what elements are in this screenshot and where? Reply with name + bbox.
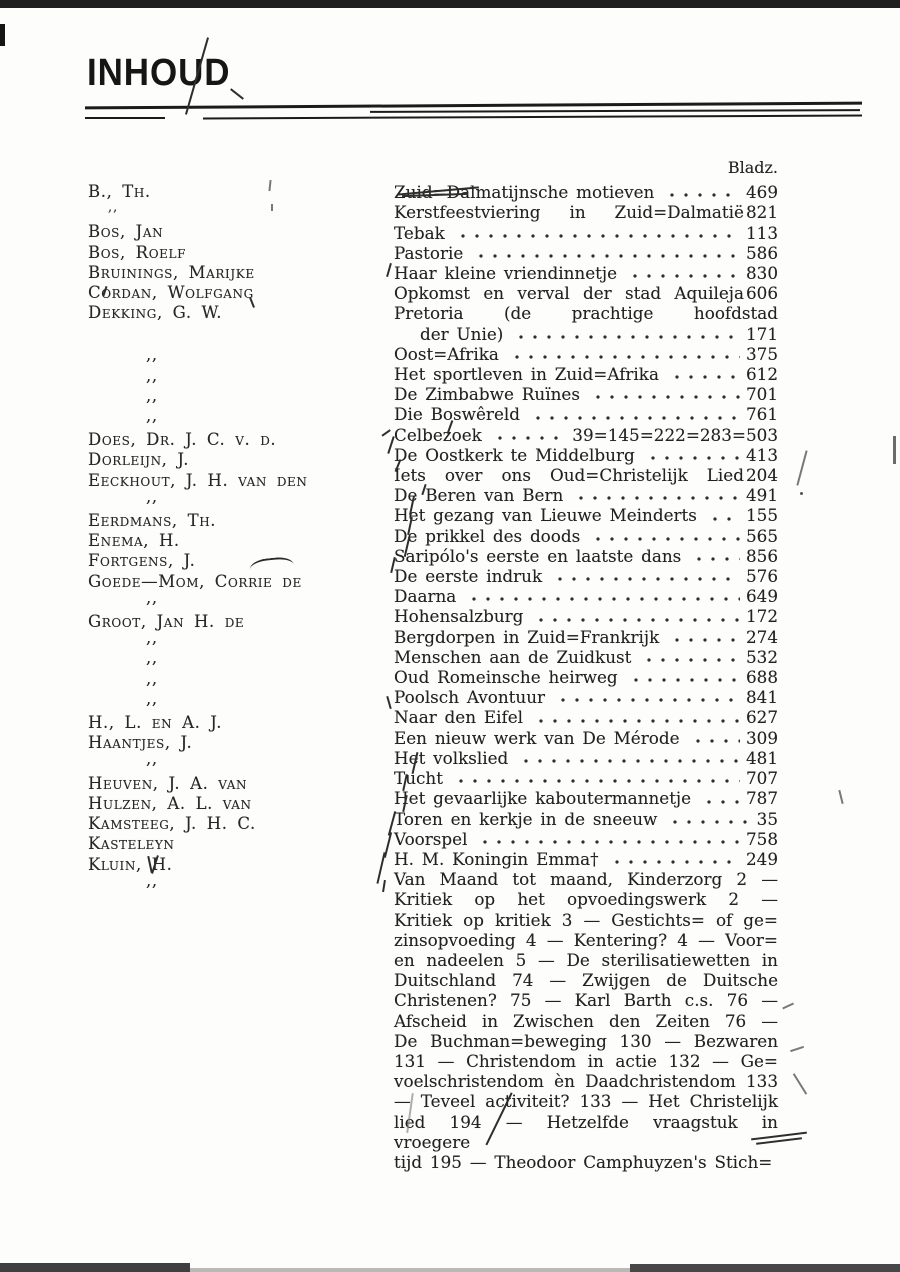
toc-title: Tucht <box>394 768 443 788</box>
toc-row: der Unie)171 <box>394 324 778 344</box>
author-column: B., Th.,,Bos, JanBos, RoelfBruinings, Ma… <box>88 182 388 895</box>
toc-page-number: 627 <box>746 707 778 727</box>
toc-leader-dots <box>532 617 740 623</box>
toc-leader-dots <box>472 253 740 259</box>
toc-title: Oost=Afrika <box>394 344 499 364</box>
toc-leader-dots <box>572 495 740 501</box>
notes-line: Christenen? 75 — Karl Barth c.s. 76 — <box>394 990 778 1010</box>
toc-leader-dots <box>627 677 740 683</box>
notes-line: Van Maand tot maand, Kinderzorg 2 — <box>394 869 778 889</box>
toc-row: Poolsch Avontuur841 <box>394 687 778 707</box>
author-name: H., L. en A. J. <box>88 713 388 733</box>
toc-leader-dots <box>589 394 740 400</box>
scan-edge-left-notch <box>0 24 5 46</box>
toc-row: Oost=Afrika375 <box>394 344 778 364</box>
toc-page-number: 576 <box>746 566 778 586</box>
toc-row: Tucht707 <box>394 768 778 788</box>
toc-title: Menschen aan de Zuidkust <box>394 647 631 667</box>
author-ditto-mark: ,, <box>88 749 388 769</box>
scan-edge-bottom-mid <box>190 1268 630 1272</box>
pen-mark-daad-tick <box>782 1003 794 1009</box>
pen-mark-margin-slash <box>796 450 807 485</box>
toc-row: Hohensalzburg172 <box>394 606 778 626</box>
scan-edge-right-tick <box>893 436 896 464</box>
toc-leader-dots <box>529 415 740 421</box>
toc-title: Daarna <box>394 586 456 606</box>
toc-page-number: 204 <box>746 465 778 485</box>
toc-row: H. M. Koningin Emma†249 <box>394 849 778 869</box>
pen-mark-title-tick <box>230 88 244 99</box>
toc-row: Bergdorpen in Zuid=Frankrijk274 <box>394 627 778 647</box>
author-name: Hulzen, A. L. van <box>88 794 388 814</box>
author-name: Bos, Roelf <box>88 243 388 263</box>
toc-column: Bladz. Zuid=Dalmatijnsche motieven469Ker… <box>394 158 778 1172</box>
author-ditto-mark: ,, <box>88 487 388 507</box>
toc-row: Menschen aan de Zuidkust532 <box>394 647 778 667</box>
toc-page-number: 841 <box>746 687 778 707</box>
toc-page-number: 249 <box>746 849 778 869</box>
toc-page-number: 787 <box>746 788 778 808</box>
toc-leader-dots <box>465 596 740 602</box>
toc-leader-dots <box>554 697 740 703</box>
toc-leader-dots <box>512 334 740 340</box>
toc-title: Iets over ons Oud=Christelijk Lied <box>394 465 744 485</box>
toc-title: Hohensalzburg <box>394 606 523 626</box>
toc-row: Kerstfeestviering in Zuid=Dalmatië821 <box>394 202 778 222</box>
author-ditto-mark: ,, <box>88 386 388 406</box>
scan-edge-top <box>0 0 900 8</box>
pen-mark-margin-paren <box>838 790 843 804</box>
toc-title: Naar den Eifel <box>394 707 523 727</box>
notes-line: Afscheid in Zwischen den Zeiten 76 — <box>394 1011 778 1031</box>
toc-page-number: 565 <box>746 526 778 546</box>
toc-title: Celbezoek <box>394 425 482 445</box>
scanned-page: INHOUD B., Th.,,Bos, JanBos, RoelfBruini… <box>0 0 900 1272</box>
toc-page-number: 707 <box>746 768 778 788</box>
toc-page-number: 649 <box>746 586 778 606</box>
toc-row: Opkomst en verval der stad Aquileja606 <box>394 283 778 303</box>
toc-title: De Zimbabwe Ruïnes <box>394 384 580 404</box>
author-name: Eerdmans, Th. <box>88 511 388 531</box>
toc-row: Het gevaarlijke kaboutermannetje787 <box>394 788 778 808</box>
toc-leader-dots <box>508 354 740 360</box>
toc-row: Saripólo's eerste en laatste dans856 <box>394 546 778 566</box>
toc-leader-dots <box>668 374 740 380</box>
toc-title: Toren en kerkje in de sneeuw <box>394 809 657 829</box>
toc-page-number: 761 <box>746 404 778 424</box>
toc-leader-dots <box>690 556 740 562</box>
toc-row: Toren en kerkje in de sneeuw35 <box>394 809 778 829</box>
title-rule-main <box>85 102 862 110</box>
toc-row: Daarna649 <box>394 586 778 606</box>
toc-title: Opkomst en verval der stad Aquileja <box>394 283 744 303</box>
scan-edge-bottom-right <box>630 1264 900 1272</box>
toc-page-number: 688 <box>746 667 778 687</box>
toc-page-number: 113 <box>746 223 778 243</box>
author-name: Bos, Jan <box>88 222 388 242</box>
toc-page-number: 35 <box>757 809 778 829</box>
toc-title: Het gezang van Lieuwe Meinderts <box>394 505 697 525</box>
toc-leader-dots <box>700 799 740 805</box>
toc-title: Saripólo's eerste en laatste dans <box>394 546 681 566</box>
toc-page-number: 701 <box>746 384 778 404</box>
toc-page-number: 491 <box>746 485 778 505</box>
toc-title: Oud Romeinsche heirweg <box>394 667 618 687</box>
toc-row: Voorspel758 <box>394 829 778 849</box>
pen-mark-christelijk-tick <box>790 1046 804 1052</box>
notes-paragraph: Van Maand tot maand, Kinderzorg 2 —Kriti… <box>394 869 778 1172</box>
toc-page-number: 309 <box>746 728 778 748</box>
author-name: Bruinings, Marijke <box>88 263 388 283</box>
toc-row: Celbezoek39=145=222=283=503 <box>394 425 778 445</box>
toc-title: De prikkel des doods <box>394 526 580 546</box>
toc-row: Het volkslied481 <box>394 748 778 768</box>
notes-line: Kritiek op kritiek 3 — Gestichts= of ge= <box>394 910 778 930</box>
toc-leader-dots <box>608 859 740 865</box>
notes-line: zinsopvoeding 4 — Kentering? 4 — Voor= <box>394 930 778 950</box>
toc-row: De Zimbabwe Ruïnes701 <box>394 384 778 404</box>
toc-leader-dots <box>626 273 740 279</box>
toc-title: Bergdorpen in Zuid=Frankrijk <box>394 627 659 647</box>
toc-title: der Unie) <box>394 324 503 344</box>
bladz-header: Bladz. <box>394 158 778 178</box>
toc-title: Pretoria (de prachtige hoofdstad <box>394 303 778 323</box>
toc-title: De Beren van Bern <box>394 485 563 505</box>
toc-row: Pretoria (de prachtige hoofdstad <box>394 303 778 323</box>
author-ditto-mark: ,, <box>88 198 388 218</box>
author-ditto-mark: ,, <box>88 366 388 386</box>
toc-page-number: 274 <box>746 627 778 647</box>
author-ditto-mark: ,, <box>88 689 388 709</box>
notes-line: De Buchman=beweging 130 — Bezwaren <box>394 1031 778 1051</box>
toc-page-number: 612 <box>746 364 778 384</box>
author-name: Dorleijn, J. <box>88 450 388 470</box>
author-ditto-mark: ,, <box>88 871 388 891</box>
toc-title: Een nieuw werk van De Mérode <box>394 728 680 748</box>
toc-leader-dots <box>706 516 740 522</box>
toc-row: Pastorie586 <box>394 243 778 263</box>
toc-leader-dots <box>454 233 740 239</box>
toc-leader-dots <box>689 738 740 744</box>
toc-leader-dots <box>476 839 740 845</box>
toc-title: Het sportleven in Zuid=Afrika <box>394 364 659 384</box>
toc-leader-dots <box>517 758 740 764</box>
pen-mark-crease-tick-2 <box>271 204 273 211</box>
toc-row: Iets over ons Oud=Christelijk Lied204 <box>394 465 778 485</box>
author-name: Heuven, J. A. van <box>88 774 388 794</box>
toc-page-number: 758 <box>746 829 778 849</box>
author-ditto-mark: ,, <box>88 588 388 608</box>
toc-title: Het gevaarlijke kaboutermannetje <box>394 788 691 808</box>
toc-row: De prikkel des doods565 <box>394 526 778 546</box>
title-rule-lower <box>203 115 862 120</box>
toc-leader-dots <box>644 455 740 461</box>
author-ditto-mark: ,, <box>88 406 388 426</box>
notes-line: Duitschland 74 — Zwijgen de Duitsche <box>394 970 778 990</box>
toc-page-number: 413 <box>746 445 778 465</box>
toc-leader-dots <box>668 637 740 643</box>
toc-row: Zuid=Dalmatijnsche motieven469 <box>394 182 778 202</box>
toc-leader-dots <box>589 536 740 542</box>
notes-line: tijd 195 — Theodoor Camphuyzen's Stich= <box>394 1152 778 1172</box>
toc-row: De Beren van Bern491 <box>394 485 778 505</box>
toc-leader-dots <box>666 819 750 825</box>
toc-title: H. M. Koningin Emma† <box>394 849 599 869</box>
toc-title: Die Boswêreld <box>394 404 520 424</box>
author-name: Dekking, G. W. <box>88 303 388 323</box>
toc-leader-dots <box>491 435 566 441</box>
title-rule-short <box>85 117 165 119</box>
toc-page-number: 375 <box>746 344 778 364</box>
toc-page-number: 821 <box>746 202 778 222</box>
toc-title: Voorspel <box>394 829 467 849</box>
author-name: Kamsteeg, J. H. C. <box>88 814 388 834</box>
author-ditto-mark: ,, <box>88 345 388 365</box>
toc-title: Pastorie <box>394 243 463 263</box>
toc-title: Poolsch Avontuur <box>394 687 545 707</box>
author-ditto-mark: ,, <box>88 628 388 648</box>
toc-leader-dots <box>532 718 740 724</box>
toc-title: Haar kleine vriendinnetje <box>394 263 617 283</box>
notes-line: lied 194 — Hetzelfde vraagstuk in vroege… <box>394 1112 778 1152</box>
toc-page-number: 481 <box>746 748 778 768</box>
toc-leader-dots <box>551 576 740 582</box>
toc-title: Het volkslied <box>394 748 508 768</box>
toc-row: Het gezang van Lieuwe Meinderts155 <box>394 505 778 525</box>
toc-row: Een nieuw werk van De Mérode309 <box>394 728 778 748</box>
toc-page-number: 171 <box>746 324 778 344</box>
author-name: Cordan, Wolfgang <box>88 283 388 303</box>
pen-mark-margin-dot <box>800 492 803 495</box>
toc-leader-dots <box>452 778 740 784</box>
notes-line: en nadeelen 5 — De sterilisatiewetten in <box>394 950 778 970</box>
author-name: Fortgens, J. <box>88 551 388 571</box>
scan-edge-bottom-left <box>0 1263 190 1272</box>
pen-mark-vroegere-tick <box>793 1073 807 1094</box>
author-ditto-mark: ,, <box>88 648 388 668</box>
toc-row: Haar kleine vriendinnetje830 <box>394 263 778 283</box>
toc-row: De eerste indruk576 <box>394 566 778 586</box>
toc-page-number: 606 <box>746 283 778 303</box>
toc-leader-dots <box>640 657 740 663</box>
toc-page-number: 830 <box>746 263 778 283</box>
toc-row: Naar den Eifel627 <box>394 707 778 727</box>
notes-line: 131 — Christendom in actie 132 — Ge= <box>394 1051 778 1071</box>
toc-page-number: 586 <box>746 243 778 263</box>
author-ditto-mark: ,, <box>88 669 388 689</box>
title-rule-double <box>370 109 860 113</box>
toc-title: Tebak <box>394 223 445 243</box>
toc-row: Oud Romeinsche heirweg688 <box>394 667 778 687</box>
toc-leader-dots <box>663 192 740 198</box>
page-title: INHOUD <box>87 52 230 95</box>
notes-line: voelschristendom èn Daadchristendom 133 <box>394 1071 778 1091</box>
toc-page-number: 856 <box>746 546 778 566</box>
notes-line: — Teveel activiteit? 133 — Het Christeli… <box>394 1091 778 1111</box>
toc-row: Het sportleven in Zuid=Afrika612 <box>394 364 778 384</box>
toc-page-number: 532 <box>746 647 778 667</box>
toc-row: De Oostkerk te Middelburg413 <box>394 445 778 465</box>
toc-page-number: 469 <box>746 182 778 202</box>
toc-page-number: 172 <box>746 606 778 626</box>
toc-title: De eerste indruk <box>394 566 542 586</box>
toc-title: De Oostkerk te Middelburg <box>394 445 635 465</box>
author-name: Kasteleyn <box>88 834 388 854</box>
author-name: Enema, H. <box>88 531 388 551</box>
author-name: Does, Dr. J. C. v. d. <box>88 430 388 450</box>
toc-page-number: 39=145=222=283=503 <box>572 425 778 445</box>
toc-entries: Zuid=Dalmatijnsche motieven469Kerstfeest… <box>394 182 778 869</box>
notes-line: Kritiek op het opvoedingswerk 2 — <box>394 889 778 909</box>
toc-row: Tebak113 <box>394 223 778 243</box>
toc-title: Kerstfeestviering in Zuid=Dalmatië <box>394 202 744 222</box>
toc-page-number: 155 <box>746 505 778 525</box>
